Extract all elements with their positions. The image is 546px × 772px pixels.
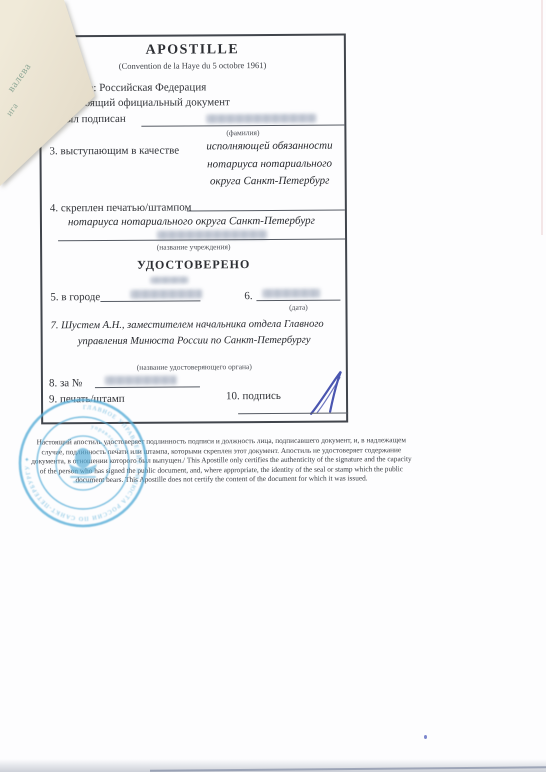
city-underline bbox=[100, 300, 200, 302]
date-caption: (дата) bbox=[256, 303, 340, 313]
official-stamp: ГЛАВНОЕ УПРАВЛЕНИЕ МИНЮСТА РОССИИ ПО САН… bbox=[14, 394, 152, 532]
acting-capacity-line-1: исполняющей обязанности bbox=[189, 140, 349, 153]
field-date-number: 6. bbox=[244, 290, 252, 302]
signer-underline bbox=[141, 125, 344, 127]
acting-capacity-line-2: нотариуса нотариального bbox=[190, 158, 350, 171]
certified-heading: УДОСТОВЕРЕНО bbox=[42, 257, 345, 274]
right-edge-line bbox=[541, 0, 543, 235]
institution-line: нотариуса нотариального округа Санкт-Пет… bbox=[68, 215, 315, 229]
seal-underline bbox=[187, 210, 345, 212]
ink-speck bbox=[424, 735, 427, 739]
field-number-label: 8. за № bbox=[49, 377, 83, 389]
certifying-authority-caption: (название удостоверяющего органа) bbox=[43, 362, 346, 373]
certifier-line-2: управления Минюста России по Санкт-Петер… bbox=[43, 335, 346, 348]
date-underline bbox=[256, 300, 340, 302]
certifier-line-1: 7. Шустем А.Н., заместителем начальника … bbox=[51, 319, 324, 332]
number-underline bbox=[95, 386, 200, 388]
city-redacted-line-1 bbox=[150, 277, 188, 284]
field-city-label: 5. в городе bbox=[50, 291, 100, 303]
corner-paper: валева ига bbox=[0, 0, 120, 210]
stamp-emblem bbox=[69, 448, 97, 483]
signer-name-redacted bbox=[206, 114, 316, 124]
acting-capacity-line-3: округа Санкт-Петербург bbox=[190, 175, 350, 188]
family-name-caption: (фамилия) bbox=[141, 128, 344, 138]
date-redacted bbox=[262, 289, 320, 298]
number-redacted bbox=[105, 376, 177, 385]
institution-caption: (название учреждения) bbox=[42, 242, 345, 253]
signature-ink bbox=[307, 369, 363, 415]
scan-page: APOSTILLE (Convention de la Haye du 5 oc… bbox=[0, 0, 546, 772]
city-redacted-line-2 bbox=[130, 289, 202, 298]
field-signature-label: 10. подпись bbox=[226, 390, 281, 402]
